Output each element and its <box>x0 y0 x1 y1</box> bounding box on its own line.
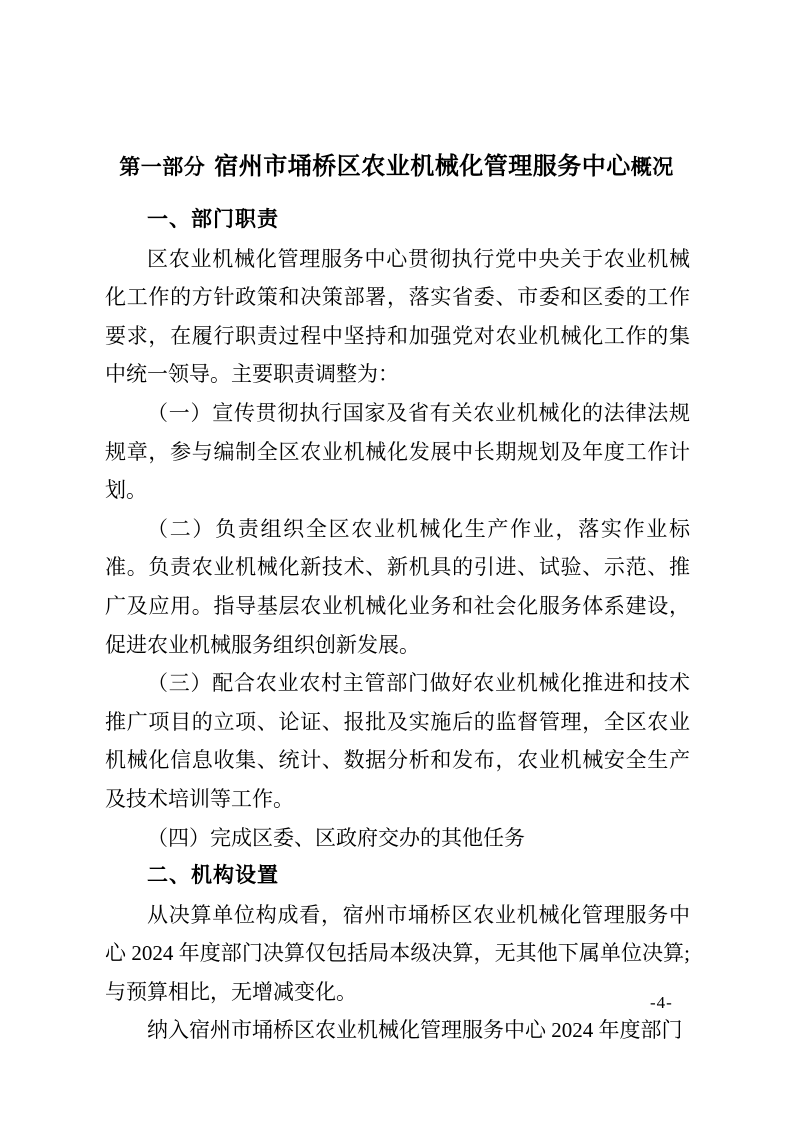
document-body: 一、部门职责 区农业机械化管理服务中心贯彻执行党中央关于农业机械化工作的方针政策… <box>105 201 690 1050</box>
title-suffix: 概况 <box>631 156 674 179</box>
body-paragraph: （一）宣传贯彻执行国家及省有关农业机械化的法律法规规章，参与编制全区农业机械化发… <box>105 394 690 510</box>
body-paragraph: （四）完成区委、区政府交办的其他任务 <box>105 819 690 858</box>
page-number: -4- <box>650 993 673 1013</box>
body-paragraph: 从决算单位构成看，宿州市埇桥区农业机械化管理服务中心 2024 年度部门决算仅包… <box>105 896 690 1012</box>
title-part-label: 第一部分 <box>119 156 205 179</box>
body-paragraph: 纳入宿州市埇桥区农业机械化管理服务中心 2024 年度部门 <box>105 1011 690 1050</box>
section-heading-duties: 一、部门职责 <box>105 201 690 240</box>
title-org-name: 宿州市埇桥区农业机械化管理服务中心 <box>214 153 631 180</box>
document-page: 第一部分宿州市埇桥区农业机械化管理服务中心概况 一、部门职责 区农业机械化管理服… <box>0 0 793 1122</box>
body-paragraph: 区农业机械化管理服务中心贯彻执行党中央关于农业机械化工作的方针政策和决策部署，落… <box>105 240 690 394</box>
document-title: 第一部分宿州市埇桥区农业机械化管理服务中心概况 <box>0 0 793 185</box>
body-paragraph: （二）负责组织全区农业机械化生产作业，落实作业标准。负责农业机械化新技术、新机具… <box>105 510 690 664</box>
body-paragraph: （三）配合农业农村主管部门做好农业机械化推进和技术推广项目的立项、论证、报批及实… <box>105 664 690 818</box>
section-heading-organization: 二、机构设置 <box>105 857 690 896</box>
